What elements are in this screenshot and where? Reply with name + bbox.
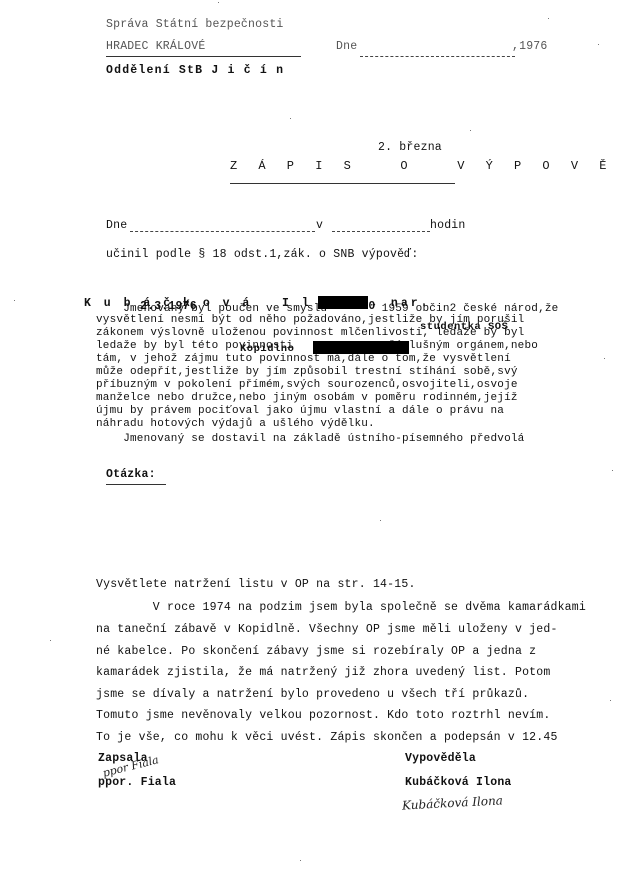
overlay-occupation: studentka SOŠ [420, 321, 508, 334]
header-date-label: Dne [336, 40, 357, 53]
answer-line: V roce 1974 na podzim jsem byla společně… [96, 601, 586, 614]
question-label: Otázka: [106, 468, 156, 481]
answer-line: jsme se dívaly a natržení bylo provedeno… [96, 688, 529, 701]
instruction-line: manželce nebo družce,nebo jiným osobám v… [96, 392, 518, 405]
appearance-line: Jmenovaný se dostavil na základě ústního… [96, 433, 524, 446]
answer-line: To je vše, co mohu k věci uvést. Zápis s… [96, 731, 558, 744]
department-name: Oddělení StB J i č í n [106, 64, 284, 77]
redaction-bar [313, 341, 409, 354]
title-underline [230, 183, 455, 184]
recorder-name: ppor. Fiala [98, 776, 176, 789]
v-field-line [332, 231, 430, 232]
witness-label: Vypověděla [405, 752, 476, 765]
header-underline [106, 56, 301, 57]
dne-label: Dne [106, 219, 127, 232]
city-name: HRADEC KRÁLOVÉ [106, 40, 205, 53]
overlay-residence: Kopidlno [240, 343, 294, 356]
agency-name: Správa Státní bezpečnosti [106, 18, 284, 31]
answer-line: na taneční zábavě v Kopidlně. Všechny OP… [96, 623, 558, 636]
witness-signature: Kubáčková Ilona [402, 793, 504, 812]
header-year: ,1976 [512, 40, 548, 53]
instruction-line: příbuzným v pokolení přímém,svých souroz… [96, 379, 518, 392]
answer-line: né kabelce. Po skončení zábavy jsme si r… [96, 645, 536, 658]
witness-name: Kubáčková Ilona [405, 776, 512, 789]
answer-line: kamarádek zjistila, že má natržený již z… [96, 666, 550, 679]
instruction-line: újmu by právem pociťoval jako újmu vlast… [96, 405, 504, 418]
instruction-line: náhradu hotových výdajů a ušlého výdělku… [96, 418, 375, 431]
instruction-line: může odepřít,jestliže by jím způsobil tr… [96, 366, 518, 379]
overlay-name: K u b á č k o v á I l o n a, nar. [84, 297, 431, 310]
answer-line: Tomuto jsme nevěnovaly velkou pozornost.… [96, 709, 550, 722]
header-date-line [360, 56, 515, 57]
statute-line: učinil podle § 18 odst.1,zák. o SNB výpo… [106, 248, 418, 261]
document-title: Z Á P I S O V Ý P O V Ě D I [230, 160, 622, 173]
dne-field-line [130, 231, 315, 232]
question-label-underline [106, 484, 166, 485]
v-label: v [316, 219, 323, 232]
instruction-line: tám, v jehož zájmu tuto povinnost má,dál… [96, 353, 511, 366]
redaction-bar [318, 296, 368, 309]
hodin-label: hodin [430, 219, 466, 232]
question-text: Vysvětlete natržení listu v OP na str. 1… [96, 578, 416, 591]
document-page: Správa Státní bezpečnosti HRADEC KRÁLOVÉ… [0, 0, 622, 886]
date-note: 2. března [378, 141, 442, 154]
